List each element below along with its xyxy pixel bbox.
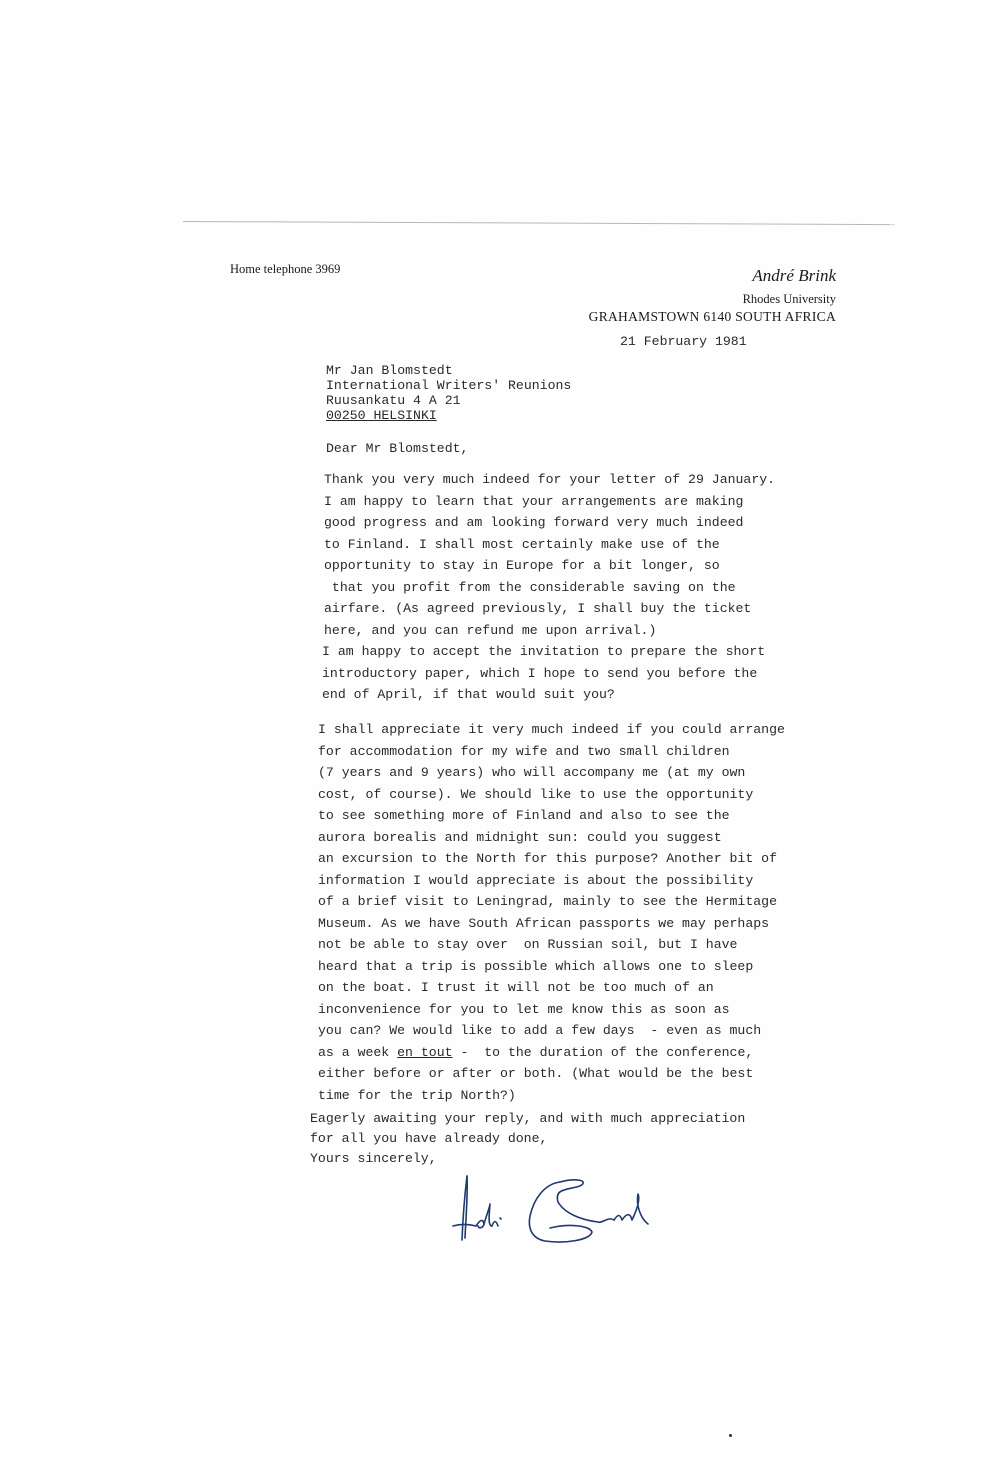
home-telephone: Home telephone 3969 [230,262,340,277]
paragraph-2: I am happy to accept the invitation to p… [322,641,765,706]
paragraph-3: I shall appreciate it very much indeed i… [318,719,785,1106]
text-line: good progress and am looking forward ver… [324,512,775,534]
signature-image [450,1168,690,1248]
text-line: I am happy to learn that your arrangemen… [324,491,775,513]
text-line: airfare. (As agreed previously, I shall … [324,598,775,620]
text-segment: as a week [318,1045,397,1060]
recipient-line: Ruusankatu 4 A 21 [326,393,571,408]
recipient-address: Mr Jan Blomstedt International Writers' … [326,363,571,423]
recipient-line: 00250 HELSINKI [326,408,571,423]
text-line: Eagerly awaiting your reply, and with mu… [310,1109,745,1129]
text-line: inconvenience for you to let me know thi… [318,999,785,1021]
text-line: an excursion to the North for this purpo… [318,848,785,870]
text-line: to see something more of Finland and als… [318,805,785,827]
text-line: I shall appreciate it very much indeed i… [318,719,785,741]
text-line: for all you have already done, [310,1129,745,1149]
text-line: you can? We would like to add a few days… [318,1020,785,1042]
letterhead-rule [183,221,895,225]
text-line: heard that a trip is possible which allo… [318,956,785,978]
sign-off: Yours sincerely, [310,1149,745,1169]
salutation: Dear Mr Blomstedt, [326,441,468,456]
recipient-line: International Writers' Reunions [326,378,571,393]
text-line: Museum. As we have South African passpor… [318,913,785,935]
underlined-phrase: en tout [397,1045,452,1060]
text-line: information I would appreciate is about … [318,870,785,892]
author-name: André Brink [752,266,836,286]
text-line: that you profit from the considerable sa… [324,577,775,599]
text-line: opportunity to stay in Europe for a bit … [324,555,775,577]
text-line: Thank you very much indeed for your lett… [324,469,775,491]
letterhead-address: GRAHAMSTOWN 6140 SOUTH AFRICA [589,309,836,325]
text-line: here, and you can refund me upon arrival… [324,620,775,642]
text-line: (7 years and 9 years) who will accompany… [318,762,785,784]
text-line: for accommodation for my wife and two sm… [318,741,785,763]
text-line: as a week en tout - to the duration of t… [318,1042,785,1064]
text-line: I am happy to accept the invitation to p… [322,641,765,663]
text-line: to Finland. I shall most certainly make … [324,534,775,556]
text-line: not be able to stay over on Russian soil… [318,934,785,956]
paper-speck [729,1434,732,1437]
recipient-line: Mr Jan Blomstedt [326,363,571,378]
institution: Rhodes University [743,292,836,307]
text-line: aurora borealis and midnight sun: could … [318,827,785,849]
text-line: time for the trip North?) [318,1085,785,1107]
text-line: either before or after or both. (What wo… [318,1063,785,1085]
text-segment: - to the duration of the conference, [453,1045,754,1060]
text-line: cost, of course). We should like to use … [318,784,785,806]
text-line: on the boat. I trust it will not be too … [318,977,785,999]
letter-date: 21 February 1981 [620,334,747,349]
text-line: end of April, if that would suit you? [322,684,765,706]
closing: Eagerly awaiting your reply, and with mu… [310,1109,745,1169]
letter-page: Home telephone 3969 André Brink Rhodes U… [0,0,1000,1476]
text-line: of a brief visit to Leningrad, mainly to… [318,891,785,913]
text-line: introductory paper, which I hope to send… [322,663,765,685]
paragraph-1: Thank you very much indeed for your lett… [324,469,775,641]
